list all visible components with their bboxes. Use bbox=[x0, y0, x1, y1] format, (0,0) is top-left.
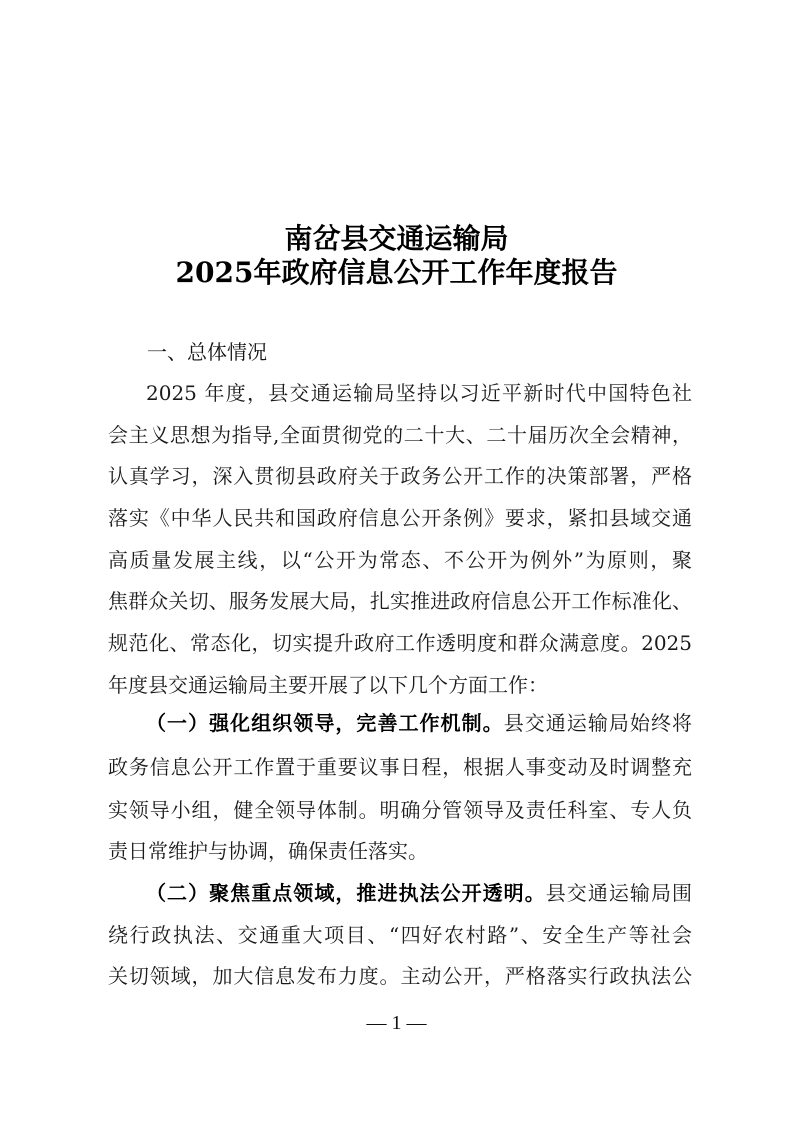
subsection-2-text: 县交通运输局围 bbox=[546, 881, 692, 905]
paragraph-line: 2025 年度，县交通运输局坚持以习近平新时代中国特色社 bbox=[146, 378, 692, 408]
paragraph-line: 责日常维护与协调，确保责任落实。 bbox=[108, 836, 692, 866]
paragraph-line: 落实《中华人民共和国政府信息公开条例》要求，紧扣县域交通 bbox=[108, 503, 692, 533]
paragraph-line: 实领导小组，健全领导体制。明确分管领导及责任科室、专人负 bbox=[108, 795, 692, 825]
paragraph-line: 关切领域，加大信息发布力度。主动公开，严格落实行政执法公 bbox=[108, 961, 692, 991]
subsection-1-first-line: （一）强化组织领导，完善工作机制。县交通运输局始终将 bbox=[146, 708, 692, 738]
paragraph-line: 会主义思想为指导,全面贯彻党的二十大、二十届历次全会精神， bbox=[108, 420, 692, 450]
paragraph-line: 高质量发展主线，以“公开为常态、不公开为例外”为原则，聚 bbox=[108, 545, 692, 575]
subsection-1-heading: （一）强化组织领导，完善工作机制。 bbox=[146, 711, 504, 735]
paragraph-line: 焦群众关切、服务发展大局，扎实推进政府信息公开工作标准化、 bbox=[108, 586, 692, 616]
paragraph-line: 认真学习，深入贯彻县政府关于政务公开工作的决策部署，严格 bbox=[108, 461, 692, 491]
paragraph-line: 绕行政执法、交通重大项目、“四好农村路”、安全生产等社会 bbox=[108, 920, 692, 950]
document-title-line-1: 南岔县交通运输局 bbox=[0, 222, 793, 256]
section-heading-overview: 一、总体情况 bbox=[147, 339, 267, 365]
page-number: — 1 — bbox=[0, 1010, 793, 1036]
document-page: 南岔县交通运输局 2025年政府信息公开工作年度报告 一、总体情况 2025 年… bbox=[0, 0, 793, 1122]
subsection-2-heading: （二）聚焦重点领域，推进执法公开透明。 bbox=[146, 881, 546, 905]
document-title-line-2: 2025年政府信息公开工作年度报告 bbox=[0, 256, 793, 290]
paragraph-line: 年度县交通运输局主要开展了以下几个方面工作： bbox=[108, 670, 692, 700]
paragraph-line: 政务信息公开工作置于重要议事日程，根据人事变动及时调整充 bbox=[108, 752, 692, 782]
paragraph-line: 规范化、常态化，切实提升政府工作透明度和群众满意度。2025 bbox=[108, 628, 692, 658]
subsection-2-first-line: （二）聚焦重点领域，推进执法公开透明。县交通运输局围 bbox=[146, 878, 692, 908]
subsection-1-text: 县交通运输局始终将 bbox=[504, 711, 692, 735]
